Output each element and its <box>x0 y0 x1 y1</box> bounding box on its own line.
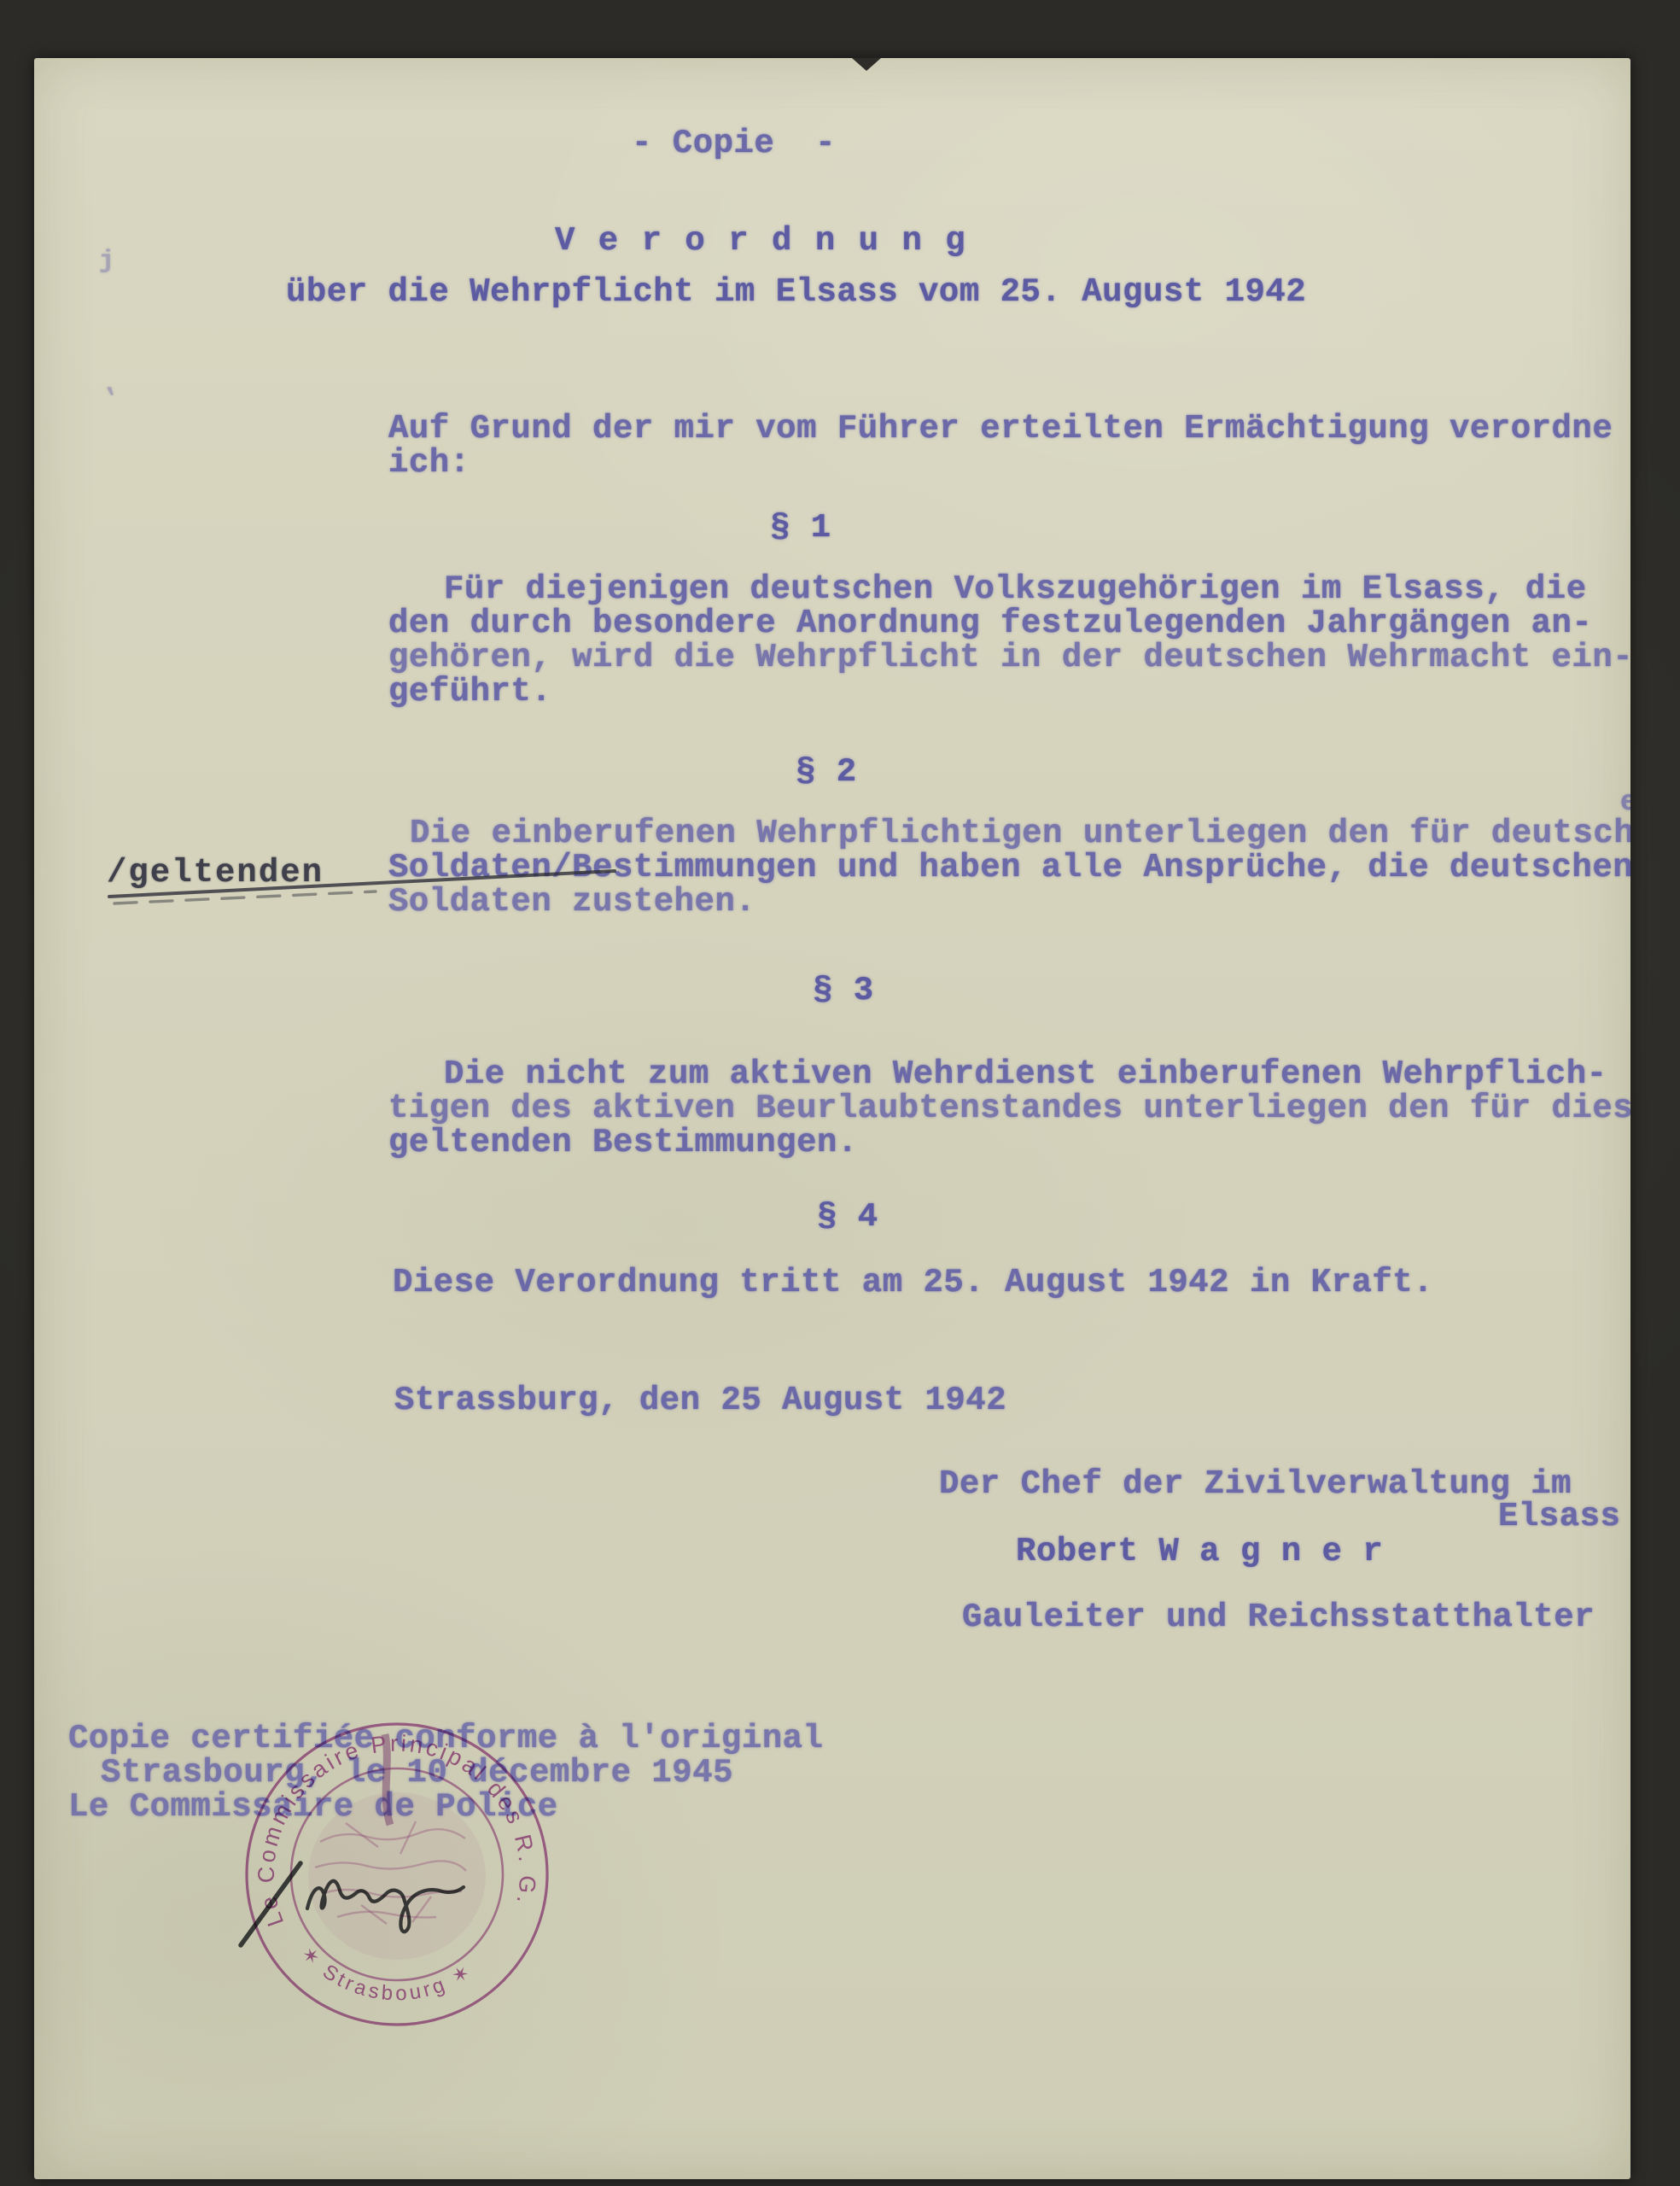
document-page: - Copie - V e r o r d n u n g über die W… <box>34 58 1630 2179</box>
section-line: geführt. <box>388 675 551 709</box>
section-line: den durch besondere Anordnung festzulege… <box>388 606 1592 640</box>
section-mark: § 4 <box>817 1200 878 1234</box>
signatory-name: Robert W a g n e r <box>1016 1534 1383 1569</box>
margin-correction: /geltenden <box>107 856 324 890</box>
section-mark: § 1 <box>770 511 831 545</box>
section-mark: § 2 <box>796 755 857 789</box>
paper-tear-notch <box>852 58 881 71</box>
copy-label: - Copie - <box>632 126 836 161</box>
section-line: tigen des aktiven Beurlaubtenstandes unt… <box>388 1091 1630 1125</box>
section-line: gehören, wird die Wehrpflicht in der deu… <box>388 640 1630 675</box>
section-line: Diese Verordnung tritt am 25. August 194… <box>393 1265 1433 1300</box>
signatory-title: Gauleiter und Reichsstatthalter <box>962 1600 1595 1634</box>
section-line: Die nicht zum aktiven Wehrdienst einberu… <box>444 1057 1607 1091</box>
dateline: Strassburg, den 25 August 1942 <box>394 1383 1006 1417</box>
underline-stroke-secondary <box>114 891 376 903</box>
section-line: Soldaten zustehen. <box>388 885 755 919</box>
scan-background: - Copie - V e r o r d n u n g über die W… <box>0 0 1680 2186</box>
ordinance-subtitle: über die Wehrpflicht im Elsass vom 25. A… <box>286 275 1306 309</box>
stray-mark: j <box>99 244 115 278</box>
section-line: Soldaten/Bestimmungen und haben alle Ans… <box>388 850 1630 885</box>
stray-mark: ‛ <box>102 383 119 417</box>
section-line: Die einberufenen Wehrpflichtigen unterli… <box>410 816 1630 850</box>
signatory-office: Der Chef der Zivilverwaltung im <box>939 1467 1572 1501</box>
signatory-office-region: Elsass <box>1498 1499 1620 1534</box>
certification-line: Copie certifiée conforme à l'original <box>68 1721 823 1756</box>
certification-line: Strasbourg, le 10 décembre 1945 <box>101 1756 733 1790</box>
intro-line: ich: <box>388 446 470 480</box>
intro-line: Auf Grund der mir vom Führer erteilten E… <box>388 412 1613 446</box>
section-line: Für diejenigen deutschen Volkszugehörige… <box>444 572 1587 606</box>
ordinance-title: V e r o r d n u n g <box>555 224 967 258</box>
certification-line: Le Commissaire de Police <box>68 1790 558 1824</box>
section-mark: § 3 <box>813 973 874 1008</box>
section-line: geltenden Bestimmungen. <box>388 1125 858 1160</box>
typewritten-ink-layer: - Copie - V e r o r d n u n g über die W… <box>34 58 1630 2179</box>
